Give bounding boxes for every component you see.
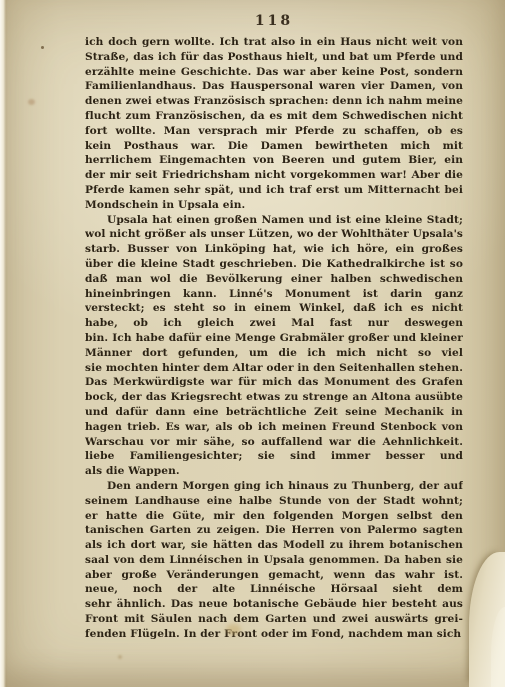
paper-speck — [28, 99, 35, 105]
page-curl — [469, 552, 505, 687]
text-line: sehr ähnlich. Das neue botanische Gebäud… — [85, 597, 463, 612]
text-line: daß man wol die Bevölkerung einer halben… — [85, 272, 463, 287]
text-line: Upsala hat einen großen Namen und ist ei… — [85, 213, 463, 228]
page-text: ich doch gern wollte. Ich trat also in e… — [85, 35, 463, 642]
text-line: bin. Ich habe dafür eine Menge Grabmäler… — [85, 331, 463, 346]
scan-edge — [0, 0, 6, 687]
text-line: saal von dem Linnéischen in Upsala genom… — [85, 553, 463, 568]
text-line: Das Merkwürdigste war für mich das Monum… — [85, 375, 463, 390]
text-line: neue, noch der alte Linnéische Hörsaal s… — [85, 582, 463, 597]
text-line: sie mochten hinter dem Altar oder in den… — [85, 361, 463, 376]
text-line: Warschau vor mir sähe, so auffallend war… — [85, 435, 463, 450]
paper-speck — [41, 46, 44, 49]
text-line: Front mit Säulen nach dem Garten und zwe… — [85, 612, 463, 627]
text-line: der mir seit Friedrichsham nicht vorgeko… — [85, 168, 463, 183]
text-line: aber große Veränderungen gemacht, wenn d… — [85, 568, 463, 583]
text-line: hagen trieb. Es war, als ob ich meinen F… — [85, 420, 463, 435]
text-line: denen zwei etwas Französisch sprachen: d… — [85, 94, 463, 109]
text-line: Den andern Morgen ging ich hinaus zu Thu… — [85, 479, 463, 494]
text-line: seinem Landhause eine halbe Stunde von d… — [85, 494, 463, 509]
text-line: Familienlandhaus. Das Hauspersonal waren… — [85, 79, 463, 94]
text-line: erzählte meine Geschichte. Das war aber … — [85, 65, 463, 80]
text-line: wol nicht größer als unser Lützen, wo de… — [85, 227, 463, 242]
text-line: versteckt; es steht so in einem Winkel, … — [85, 301, 463, 316]
text-line: Mondschein in Upsala ein. — [85, 198, 463, 213]
text-line: ich doch gern wollte. Ich trat also in e… — [85, 35, 463, 50]
text-line: er hatte die Güte, mir den folgenden Mor… — [85, 509, 463, 524]
text-line: Männer dort gefunden, um die ich mich ni… — [85, 346, 463, 361]
text-line: habe, ob ich gleich zwei Mal fast nur de… — [85, 316, 463, 331]
text-line: fenden Flügeln. In der Front oder im Fon… — [85, 627, 463, 642]
text-line: über die kleine Stadt geschrieben. Die K… — [85, 257, 463, 272]
text-line: bock, der das Kriegsrecht etwas zu stren… — [85, 390, 463, 405]
text-line: als ich dort war, sie hätten das Modell … — [85, 538, 463, 553]
page-number: 118 — [85, 13, 463, 29]
paper-stain — [226, 624, 241, 635]
text-line: als die Wappen. — [85, 464, 463, 479]
text-line: Pferde kamen sehr spät, und ich traf ers… — [85, 183, 463, 198]
text-line: Straße, das ich für das Posthaus hielt, … — [85, 50, 463, 65]
text-line: hineinbringen kann. Linné's Monument ist… — [85, 287, 463, 302]
paper-speck — [452, 300, 457, 305]
text-line: herrlichem Eingemachten von Beeren und g… — [85, 153, 463, 168]
paper-speck — [118, 655, 122, 659]
text-line: fort wollte. Man versprach mir Pferde zu… — [85, 124, 463, 139]
text-line: starb. Busser von Linköping hat, wie ich… — [85, 242, 463, 257]
paper-speck — [96, 604, 100, 607]
text-line: kein Posthaus war. Die Damen bewirtheten… — [85, 139, 463, 154]
text-line: und dafür dann eine beträchtliche Zeit s… — [85, 405, 463, 420]
page-curl-edge — [491, 607, 505, 687]
text-line: flucht zum Französischen, da es mit dem … — [85, 109, 463, 124]
book-page: 118 ich doch gern wollte. Ich trat also … — [0, 0, 505, 687]
text-line: tanischen Garten zu zeigen. Die Herren v… — [85, 523, 463, 538]
text-line: liebe Familiengesichter; sie sind immer … — [85, 449, 463, 464]
